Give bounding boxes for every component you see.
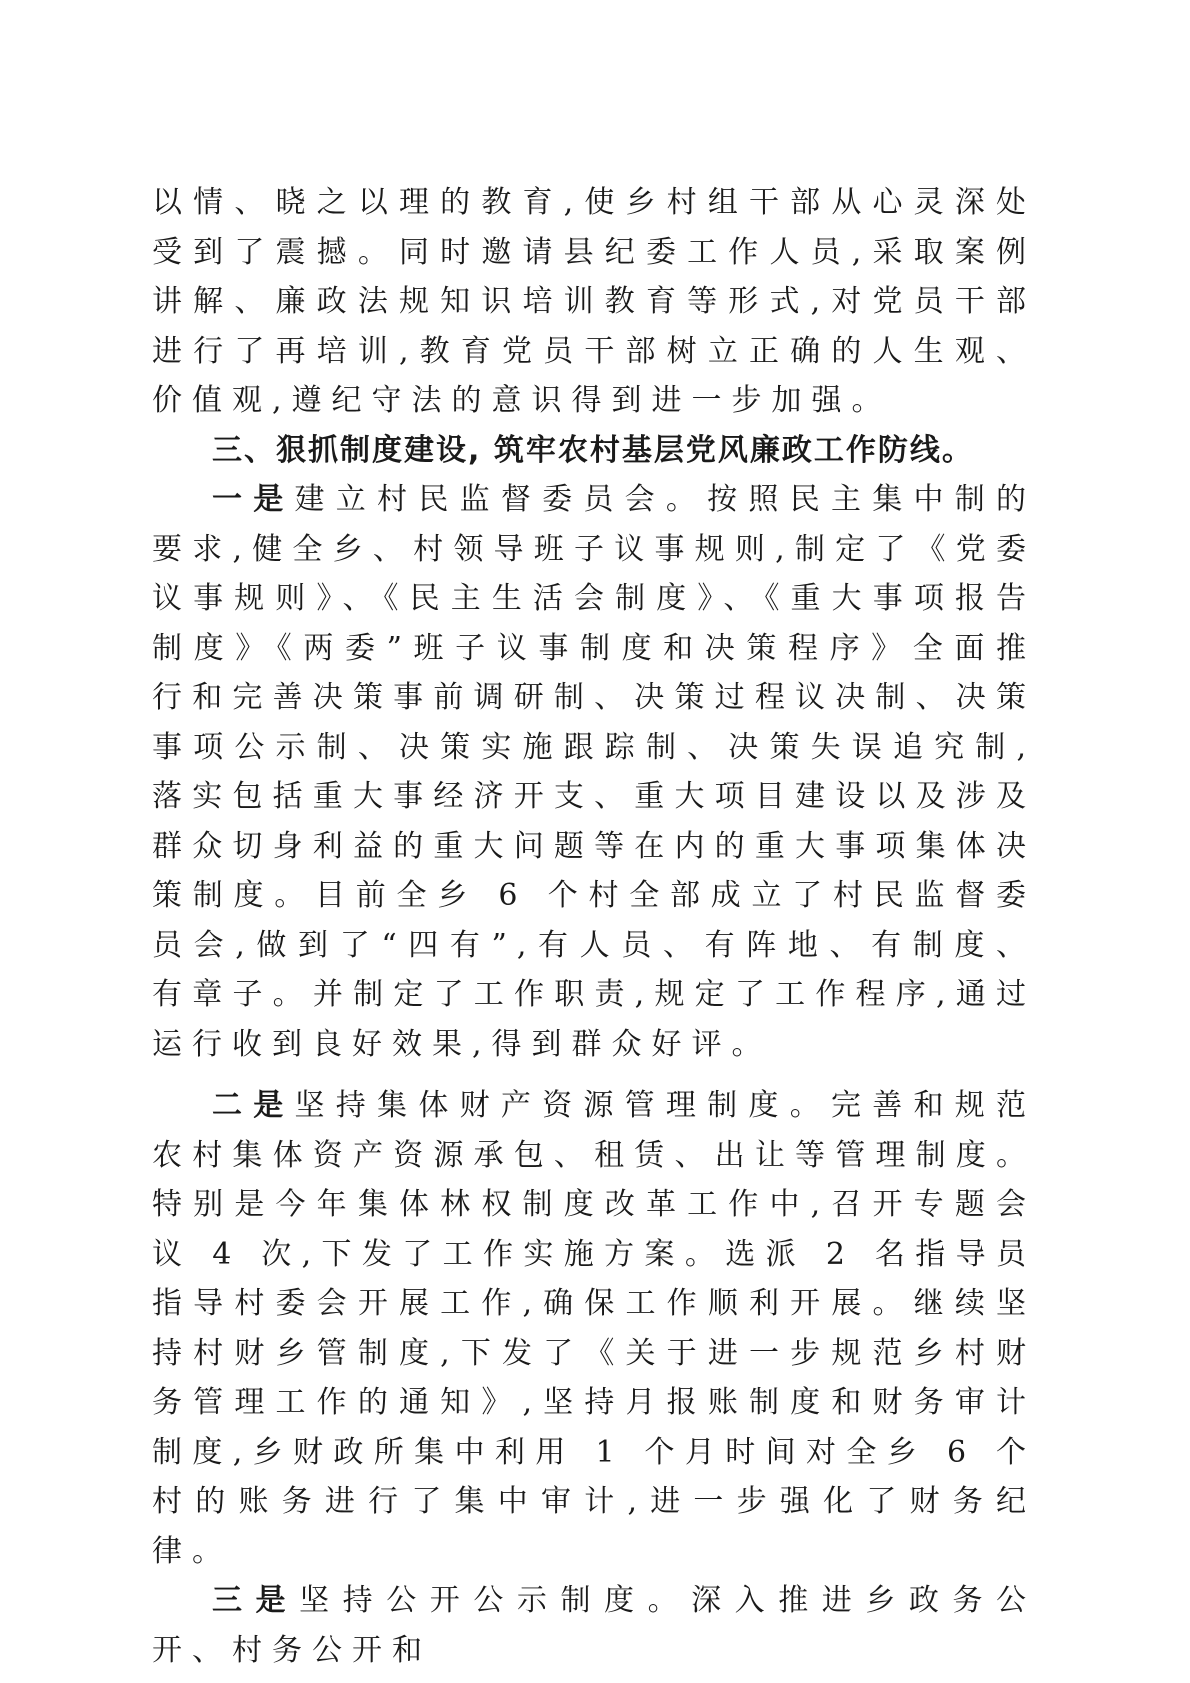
paragraph-lead-3: 三是 xyxy=(212,1583,299,1618)
paragraph-lead-1: 一是 xyxy=(212,482,295,517)
section-heading: 三、狠抓制度建设, 筑牢农村基层党风廉政工作防线。 xyxy=(152,426,1036,476)
paragraph-continuation: 以情、晓之以理的教育,使乡村组干部从心灵深处受到了震撼。同时邀请县纪委工作人员,… xyxy=(152,178,1036,426)
document-page: 以情、晓之以理的教育,使乡村组干部从心灵深处受到了震撼。同时邀请县纪委工作人员,… xyxy=(152,178,1036,1675)
paragraph-body-2: 坚持集体财产资源管理制度。完善和规范农村集体资产资源承包、租赁、出让等管理制度。… xyxy=(152,1088,1036,1569)
paragraph-item-1: 一是建立村民监督委员会。按照民主集中制的要求,健全乡、村领导班子议事规则,制定了… xyxy=(152,475,1036,1069)
paragraph-lead-2: 二是 xyxy=(212,1088,295,1123)
paragraph-body-1: 建立村民监督委员会。按照民主集中制的要求,健全乡、村领导班子议事规则,制定了《党… xyxy=(152,482,1036,1062)
paragraph-item-3: 三是坚持公开公示制度。深入推进乡政务公开、村务公开和 xyxy=(152,1576,1036,1675)
paragraph-item-2: 二是坚持集体财产资源管理制度。完善和规范农村集体资产资源承包、租赁、出让等管理制… xyxy=(152,1081,1036,1576)
